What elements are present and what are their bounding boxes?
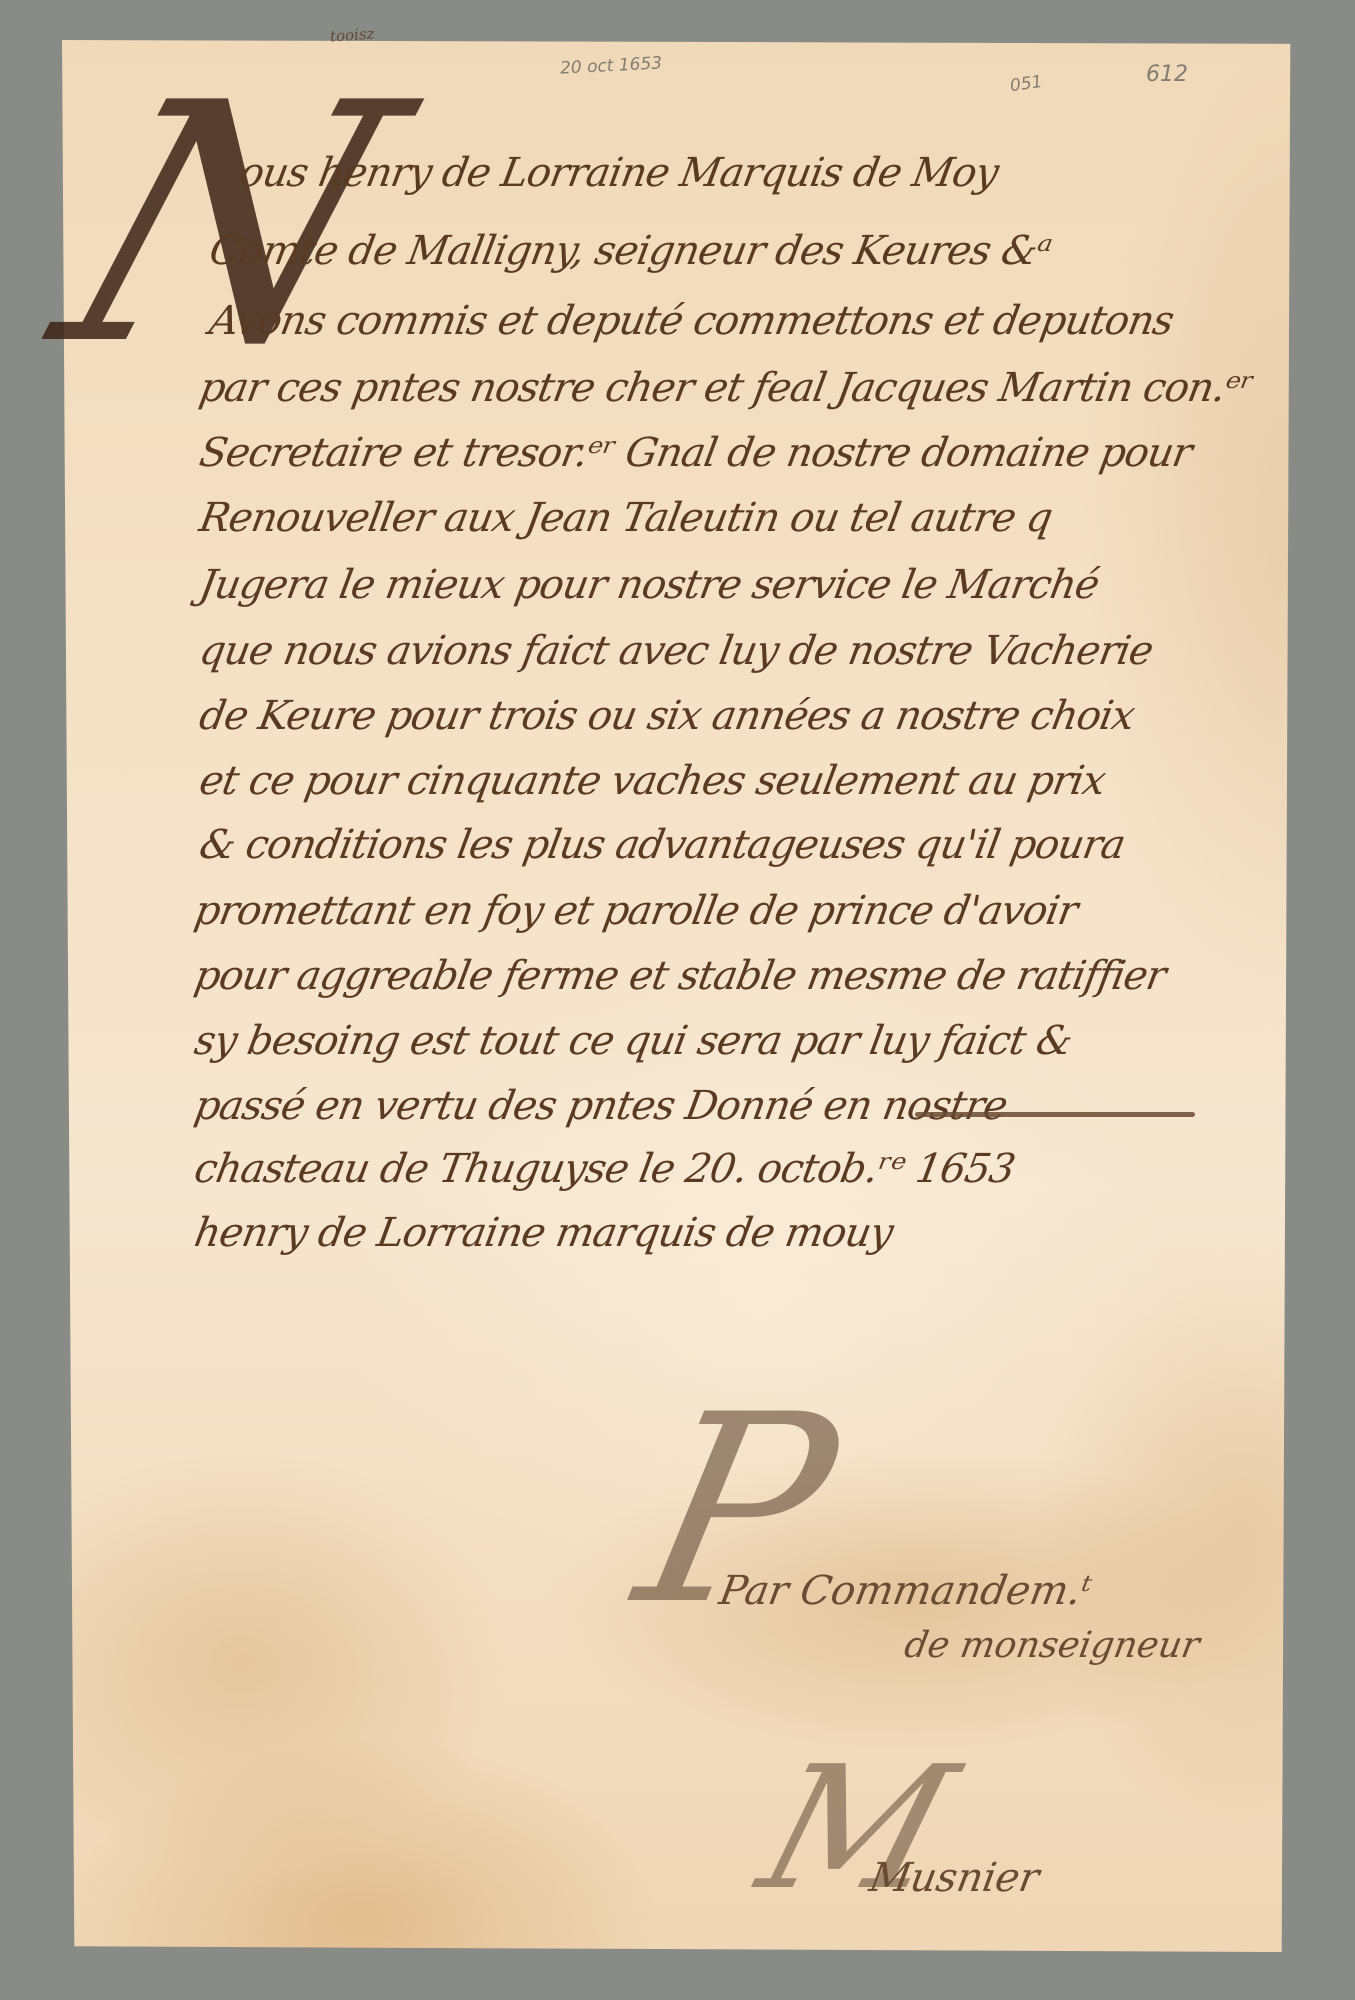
- body-line: par ces pntes nostre cher et feal Jacque…: [196, 365, 1256, 411]
- date-line: chasteau de Thuguyse le 20. octob.ʳᵉ 165…: [191, 1146, 1018, 1192]
- body-line: pour aggreable ferme et stable mesme de …: [191, 953, 1169, 999]
- countersign-line-2: de monseigneur: [901, 1625, 1202, 1666]
- signature-line: henry de Lorraine marquis de mouy: [191, 1210, 896, 1256]
- body-line: promettant en foy et parolle de prince d…: [191, 888, 1081, 934]
- body-line: Renouveller aux Jean Taleutin ou tel aut…: [196, 495, 1055, 541]
- body-line: Avons commis et deputé commettons et dep…: [206, 298, 1177, 344]
- countersign-line-1: Par Commandem.ᵗ: [716, 1568, 1095, 1614]
- body-line: Secretaire et tresor.ᵉʳ Gnal de nostre d…: [196, 430, 1195, 476]
- folio-number: 612: [1146, 62, 1188, 87]
- secretary-signature: Musnier: [866, 1855, 1043, 1901]
- body-line: sy besoing est tout ce qui sera par luy …: [191, 1018, 1075, 1064]
- body-line: & conditions les plus advantageuses qu'i…: [196, 822, 1128, 868]
- body-line: Comte de Malligny, seigneur des Keures &…: [206, 228, 1055, 274]
- body-line: et ce pour cinquante vaches seulement au…: [196, 758, 1109, 804]
- body-line: passé en vertu des pntes Donné en nostre: [191, 1083, 1010, 1129]
- body-line: de Keure pour trois ou six années a nost…: [196, 693, 1138, 739]
- body-line: Jugera le mieux pour nostre service le M…: [196, 562, 1102, 608]
- underline-flourish: [915, 1112, 1195, 1117]
- body-line: ous henry de Lorraine Marquis de Moy: [236, 150, 1001, 196]
- body-line: que nous avions faict avec luy de nostre…: [196, 628, 1156, 674]
